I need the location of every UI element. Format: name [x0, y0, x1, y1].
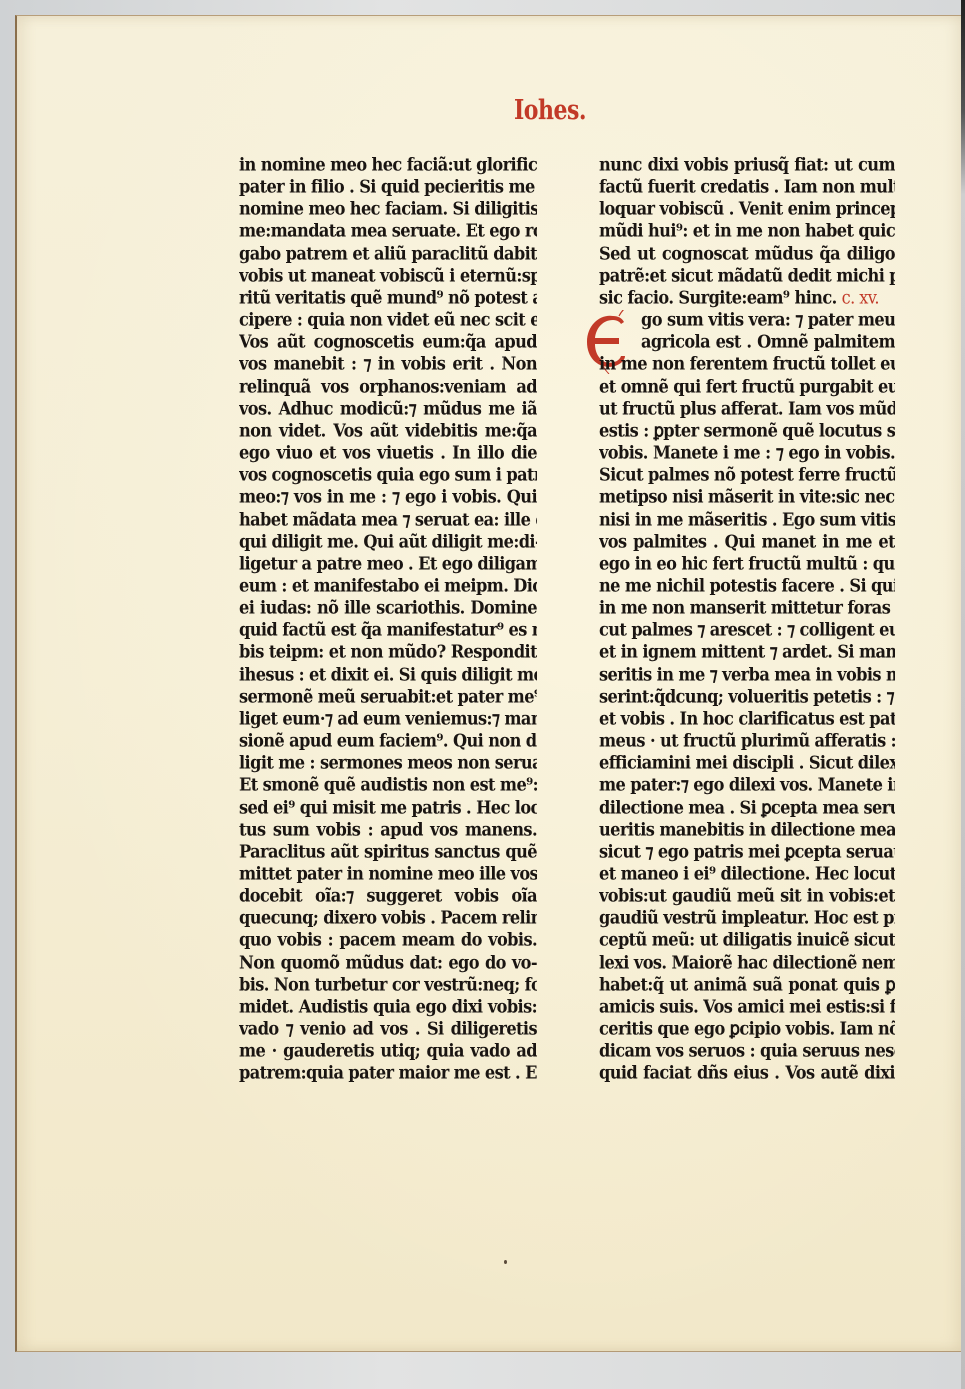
text-line: dicam vos seruos : quia seruus nescit — [599, 1039, 895, 1063]
text-line: estis : ꝑpter sermonẽ quẽ locutus sum — [599, 419, 895, 443]
text-line: nisi in me mãseritis . Ego sum vitis: — [599, 507, 895, 531]
running-head: Iohes. — [514, 94, 586, 127]
text-line: ihesus : et dixit ei. Si quis diligit me — [239, 662, 537, 686]
text-line: vobis. Manete i me : ⁊ ego in vobis. — [599, 441, 895, 465]
text-line: patrem:quia pater maior me est . Et — [239, 1061, 537, 1085]
text-line: ut fructũ plus afferat. Iam vos mũdi — [599, 397, 895, 421]
text-line: sermonẽ meũ seruabit:et pater me⁹ di- — [239, 685, 537, 709]
text-line: et in ignem mittent ⁊ ardet. Si man- — [599, 640, 895, 664]
text-line: tus sum vobis : apud vos manens. — [239, 818, 537, 842]
text-line: lexi vos. Maiorẽ hac dilectionẽ nemo — [599, 951, 895, 975]
text-line: patrẽ:et sicut mãdatũ dedit michi pater — [599, 264, 895, 288]
text-line: vos palmites . Qui manet in me et — [599, 530, 895, 554]
text-line: non videt. Vos aũt videbitis me:q̃a — [239, 419, 537, 443]
text-line: ego viuo et vos viuetis . In illo die — [239, 441, 537, 465]
text-column-left: in nomine meo hec faciã:ut glorificetpat… — [239, 154, 537, 1085]
text-line: sicut ⁊ ego patris mei ꝑcepta seruaui: — [599, 840, 895, 864]
text-line: dilectione mea . Si ꝑcepta mea serua- — [599, 795, 895, 819]
text-line: quid factũ est q̃a manifestatur⁹ es no- — [239, 618, 537, 642]
text-line: qui diligit me. Qui aũt diligit me:di- — [239, 530, 537, 554]
text-line: liget eum·⁊ ad eum veniemus:⁊ man- — [239, 707, 537, 731]
text-line: relinquã vos orphanos:veniam ad — [239, 374, 537, 398]
text-line: sionẽ apud eum faciem⁹. Qui non di- — [239, 729, 537, 753]
text-column-right: nunc dixi vobis priusq̃ fiat: ut cumfact… — [599, 154, 895, 1085]
text-line: Non quomõ mũdus dat: ego do vo- — [239, 951, 537, 975]
text-line: vos cognoscetis quia ego sum i patre — [239, 463, 537, 487]
parchment-page: Iohes. in nomine meo hec faciã:ut glorif… — [15, 15, 965, 1352]
text-line: et vobis . In hoc clarificatus est pater — [599, 707, 895, 731]
text-line: me pater:⁊ ego dilexi vos. Manete in — [599, 773, 895, 797]
text-line: in me non manserit mittetur foras si- — [599, 596, 895, 620]
text-line: metipso nisi mãserit in vite:sic nec vos — [599, 485, 895, 509]
text-line: docebit oĩa:⁊ suggeret vobis oĩa — [239, 884, 537, 908]
text-line: ceritis que ego ꝑcipio vobis. Iam nõ — [599, 1017, 895, 1041]
text-line: ceptũ meũ: ut diligatis inuicẽ sicut di- — [599, 928, 895, 952]
text-line: habet:q̃ ut animã suã ponat quis ꝑ — [599, 973, 895, 997]
text-line: vobis:ut gaudiũ meũ sit in vobis:et — [599, 884, 895, 908]
scan-background: Iohes. in nomine meo hec faciã:ut glorif… — [0, 0, 965, 1389]
text-line: pater in filio . Si quid pecieritis me i — [239, 175, 537, 199]
text-line: ueritis manebitis in dilectione mea: — [599, 818, 895, 842]
text-line: amicis suis. Vos amici mei estis:si fe- — [599, 995, 895, 1019]
text-line: nunc dixi vobis priusq̃ fiat: ut cum — [599, 153, 895, 177]
text-line: Sicut palmes nõ potest ferre fructũ a se… — [599, 463, 895, 487]
chapter-line-text: sic facio. Surgite:eam⁹ hinc. — [599, 287, 837, 308]
text-line: me · gauderetis utiq; quia vado ad — [239, 1039, 537, 1063]
chapter-heading-line: sic facio. Surgite:eam⁹ hinc. c. xv. — [599, 286, 895, 310]
text-line: vos manebit : ⁊ in vobis erit . Non — [239, 352, 537, 376]
text-line-indented: go sum vitis vera: ⁊ pater meus — [599, 308, 895, 332]
text-line: gabo patrem et aliũ paraclitũ dabit — [239, 242, 537, 266]
text-line: bis. Non turbetur cor vestrũ:neq; for- — [239, 973, 537, 997]
text-line: bis teipm: et non mũdo? Respondit — [239, 640, 537, 664]
text-line: cipere : quia non videt eũ nec scit eum. — [239, 308, 537, 332]
text-line: me:mandata mea seruate. Et ego ro- — [239, 219, 537, 243]
text-line: ne me nichil potestis facere . Si quis — [599, 574, 895, 598]
text-line: et omnẽ qui fert fructũ purgabit eum: — [599, 374, 895, 398]
text-line: meus · ut fructũ plurimũ afferatis : et — [599, 729, 895, 753]
ink-speck — [504, 1260, 507, 1264]
text-line: ligit me : sermones meos non seruat. — [239, 751, 537, 775]
text-line: eum : et manifestabo ei meipm. Dicit — [239, 574, 537, 598]
text-line: mũdi hui⁹: et in me non habet quicq̃. — [599, 219, 895, 243]
text-line: ego in eo hic fert fructũ multũ : quia s… — [599, 552, 895, 576]
chapter-marker: c. xv. — [842, 287, 879, 308]
text-line: et maneo i ei⁹ dilectione. Hec locut⁹ sũ — [599, 862, 895, 886]
text-line: in me non ferentem fructũ tollet eum: — [599, 352, 895, 376]
text-line: sed ei⁹ qui misit me patris . Hec locu- — [239, 795, 537, 819]
text-line: serint:q̃dcunq; volueritis petetis : ⁊ f… — [599, 685, 895, 709]
page-edge-shadow — [961, 0, 965, 1389]
text-line: efficiamini mei discipli . Sicut dilexit — [599, 751, 895, 775]
text-line: in nomine meo hec faciã:ut glorificet — [239, 153, 537, 177]
text-line: vos. Adhuc modicũ:⁊ mũdus me iã — [239, 397, 537, 421]
text-line: mittet pater in nomine meo ille vos — [239, 862, 537, 886]
text-line: vobis ut maneat vobiscũ i eternũ:spi- — [239, 264, 537, 288]
text-line: Sed ut cognoscat mũdus q̃a diligo — [599, 242, 895, 266]
text-line: Et smonẽ quẽ audistis non est me⁹: — [239, 773, 537, 797]
text-line: vado ⁊ venio ad vos . Si diligeretis — [239, 1017, 537, 1041]
text-line: quid faciat dñs eius . Vos autẽ dixi — [599, 1061, 895, 1085]
text-line: quo vobis : pacem meam do vobis. — [239, 928, 537, 952]
text-line-indented: agricola est . Omnẽ palmitem — [599, 330, 895, 354]
text-line: ligetur a patre meo . Et ego diligam — [239, 552, 537, 576]
text-line: midet. Audistis quia ego dixi vobis: — [239, 995, 537, 1019]
text-line: ritũ veritatis quẽ mund⁹ nõ potest ac- — [239, 286, 537, 310]
text-line: seritis in me ⁊ verba mea in vobis mã- — [599, 662, 895, 686]
text-line: ei iudas: nõ ille scariothis. Domine — [239, 596, 537, 620]
text-line: Paraclitus aũt spiritus sanctus quẽ — [239, 840, 537, 864]
text-line: habet mãdata mea ⁊ seruat ea: ille est — [239, 507, 537, 531]
text-line: cut palmes ⁊ arescet : ⁊ colligent eum — [599, 618, 895, 642]
text-line: factũ fuerit credatis . Iam non multa — [599, 175, 895, 199]
text-line: meo:⁊ vos in me : ⁊ ego i vobis. Qui — [239, 485, 537, 509]
text-line: Vos aũt cognoscetis eum:q̃a apud — [239, 330, 537, 354]
